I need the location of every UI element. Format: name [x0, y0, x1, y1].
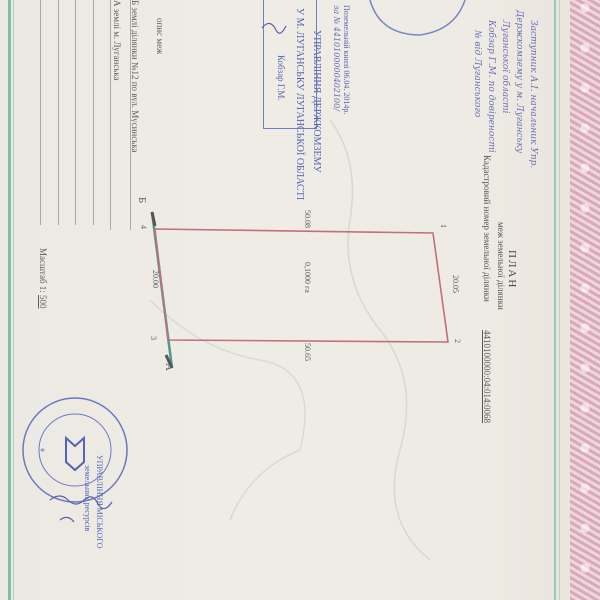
marker-b: Б — [136, 197, 148, 203]
background-contour — [150, 300, 305, 520]
marker-a: А — [163, 363, 175, 371]
document-photo: ПЛАН меж земельної ділянки Кадастровий н… — [0, 0, 600, 600]
side-2-3: 50.65 — [303, 343, 312, 361]
signature-registration — [262, 23, 286, 33]
point-1: 1 — [439, 224, 448, 228]
trident-emblem-icon — [66, 438, 84, 470]
parcel-area: 0,1000 га — [303, 262, 312, 293]
parcel-boundary — [155, 229, 448, 342]
point-2: 2 — [453, 339, 462, 343]
svg-text:*: * — [40, 447, 45, 458]
side-1-2: 20.05 — [451, 275, 460, 293]
partial-round-stamp — [370, 0, 465, 35]
round-stamp: * — [23, 398, 127, 502]
side-3-4: 20.00 — [151, 270, 160, 288]
plan-drawing: * — [0, 0, 600, 600]
background-contour — [330, 120, 430, 560]
side-4-1: 50.08 — [303, 210, 312, 228]
point-3: 3 — [149, 336, 158, 340]
point-4: 4 — [139, 225, 148, 229]
